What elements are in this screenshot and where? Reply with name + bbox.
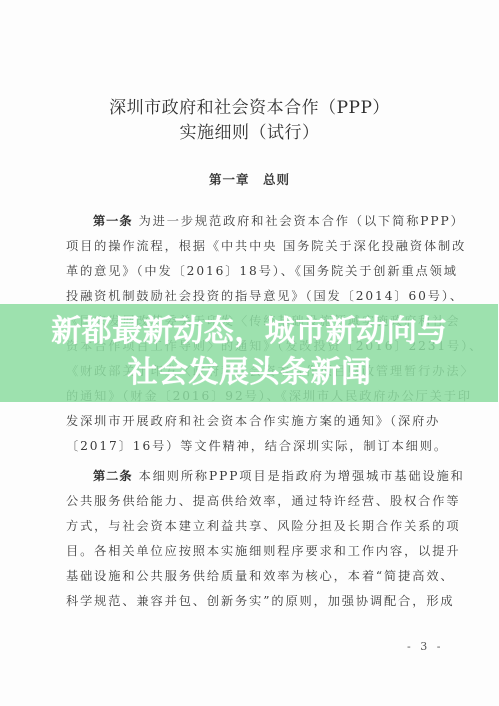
text-line: 发深圳市开展政府和社会资本合作实施方案的通知》（深府办 bbox=[66, 412, 440, 429]
headline-line-2: 社会发展头条新闻 bbox=[0, 356, 499, 390]
article-1-line: 第一条为进一步规范政府和社会资本合作（以下简称PPP） bbox=[93, 212, 465, 229]
text-line: 项目的操作流程，根据《中共中央 国务院关于深化投融资体制改 bbox=[66, 237, 466, 254]
article-2-line: 第二条本细则所称PPP项目是指政府为增强城市基础设施和 bbox=[93, 467, 465, 484]
text-line: 为进一步规范政府和社会资本合作（以下简称PPP） bbox=[139, 214, 465, 228]
text-line: 目。各相关单位应按照本实施细则程序要求和工作内容，以提升 bbox=[66, 542, 460, 559]
headline-line-1: 新都最新动态，城市新动向与 bbox=[0, 315, 499, 349]
text-line: 〔2017〕16号）等文件精神，结合深圳实际，制订本细则。 bbox=[66, 437, 448, 454]
text-line: 投融资机制鼓励社会投资的指导意见》（国发〔2014〕60号）、 bbox=[66, 287, 464, 304]
document-title-line-2: 实施细则（试行） bbox=[0, 118, 499, 143]
text-line: 本细则所称PPP项目是指政府为增强城市基础设施和 bbox=[139, 469, 465, 483]
text-line: 公共服务供给能力、提高供给效率，通过特许经营、股权合作等 bbox=[66, 492, 460, 509]
text-line: 革的意见》（中发〔2016〕18号）、《国务院关于创新重点领域 bbox=[66, 262, 458, 279]
text-line: 方式，与社会资本建立利益共享、风险分担及长期合作关系的项 bbox=[66, 517, 460, 534]
chapter-heading: 第一章 总则 bbox=[0, 170, 499, 188]
text-line: 科学规范、兼容并包、创新务实”的原则，加强协调配合，形成 bbox=[66, 592, 455, 609]
document-title-line-1: 深圳市政府和社会资本合作（PPP） bbox=[0, 93, 499, 118]
text-line: 基础设施和公共服务供给质量和效率为核心，本着“简捷高效、 bbox=[66, 567, 455, 584]
article-2-label: 第二条 bbox=[93, 469, 133, 483]
page-number: - 3 - bbox=[407, 640, 443, 653]
article-1-label: 第一条 bbox=[93, 214, 133, 228]
